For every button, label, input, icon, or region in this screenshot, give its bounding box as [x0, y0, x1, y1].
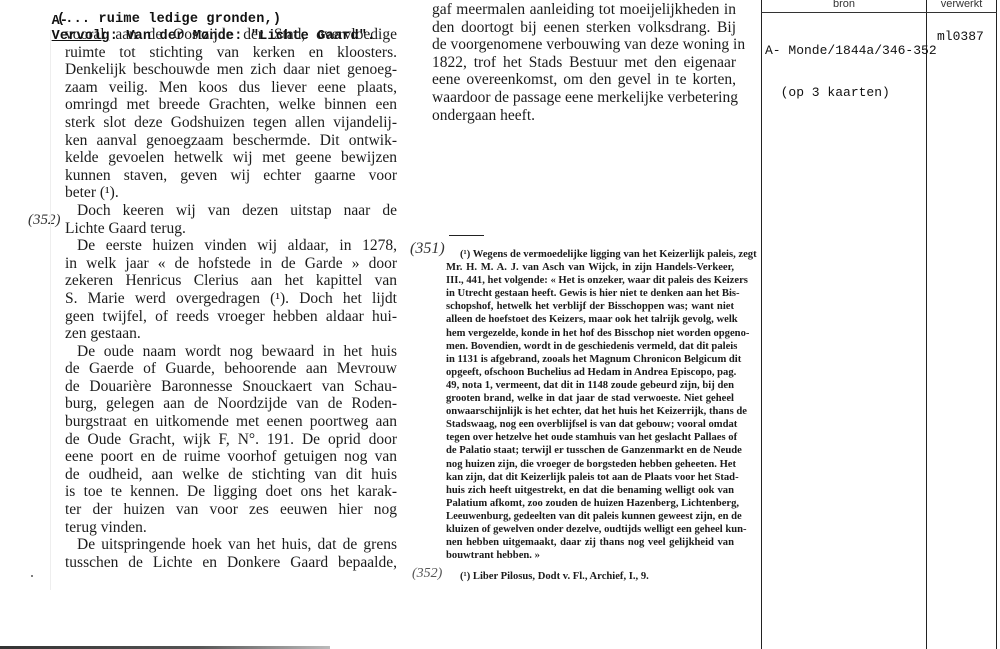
text-line: kunnen staven, geven wij echter gaarne v… — [65, 167, 397, 185]
footnote-line: bouwtrant hebben. » — [446, 549, 734, 562]
cell-bron: A- Monde/1844a/346-352 (op 3 kaarten) — [765, 16, 937, 114]
text-line: zekeren Henricus Clerius aan het kapitte… — [65, 272, 397, 290]
footnote-line: in 1131 is afgebrand, zooals het Magnum … — [446, 353, 734, 366]
column-header-verwerkt: verwerkt — [927, 0, 996, 10]
text-line: in welk jaar « de hofstede in de Garde »… — [65, 255, 397, 273]
footnote-line: opgeeft, ofschoon Buchelius ad Hedam in … — [446, 366, 734, 379]
left-text-column: vooral aan de Oostzijde der Stad, overvl… — [65, 26, 397, 571]
footnote-line: nog huizen zijn, die vroeger de borgsted… — [446, 458, 734, 471]
footnote-separator — [449, 235, 484, 236]
text-line: ken aanval genoegzaam beschermde. Dit on… — [65, 132, 397, 150]
footnote-line: onwaarschijnlijk is het echter, dat het … — [446, 405, 734, 418]
footnote-line: kan zijn, dat dit Keizerlijk paleis tot … — [446, 471, 734, 484]
cell-verwerkt: ml0387 — [937, 30, 984, 44]
footnote-line: schopshof, hetwelk het verblijf der Biss… — [446, 300, 734, 313]
text-line: de Gaerde of Guarde, behoorende aan Mevr… — [65, 360, 397, 378]
footnote-line: Leeuwenburg, gedeelten van dit paleis ku… — [446, 510, 734, 523]
footnote-line: de Palatio staat; terwijl er tusschen de… — [446, 444, 734, 457]
text-line: de Oude Gracht, wijk F, N°. 191. De opri… — [65, 431, 397, 449]
text-line: tusschen de Lichte en Donkere Gaard bepa… — [65, 554, 397, 572]
text-line: den doortogt bij eenen sterken volksdran… — [432, 19, 736, 37]
text-line: zaam veilig. Men koos dus liever eene pl… — [65, 79, 397, 97]
bron-line: A- Monde/1844a/346-352 — [765, 44, 937, 58]
table-header-divider — [761, 12, 997, 13]
footnote-line: Palatium afkomt, zoo zouden de huizen Ha… — [446, 497, 734, 510]
footnote-line: alleen de hoefstoet des Keizers, maar oo… — [446, 313, 734, 326]
footnote-line: Stadswaag, nog een overblijfsel is van d… — [446, 418, 734, 431]
column-header-bron: bron — [762, 0, 926, 10]
footnote-line: nen hebben uitgemaakt, daar zij thans no… — [446, 536, 734, 549]
text-line: ondergaan heeft. — [432, 107, 736, 125]
footnote-line: III., 441, het volgende: « Het is onzeke… — [446, 274, 734, 287]
text-line: sterk slot deze Godshuizen tegen allen v… — [65, 114, 397, 132]
text-line: terug vinden. — [65, 519, 397, 537]
footnote-line: men. Bovendien, wordt in de geschiedenis… — [446, 340, 734, 353]
text-line: beter (¹). — [65, 184, 397, 202]
footnote-line: 49, nota 1, vermeent, dat dit in 1148 zo… — [446, 379, 734, 392]
table-border-right — [996, 0, 997, 649]
footnote-line: (¹) Wegens de vermoedelijke ligging van … — [446, 248, 734, 261]
text-line: vooral aan de Oostzijde der Stad, overvl… — [65, 26, 397, 44]
table-border-left — [761, 0, 762, 649]
text-line: de voorgenomene verbouwing van deze woni… — [432, 36, 736, 54]
footnote-352: (¹) Liber Pilosus, Dodt v. Fl., Archief,… — [446, 570, 734, 583]
text-line: omringd met breede Grachten, welke binne… — [65, 96, 397, 114]
text-line: is toe te kennen. De ligging doet ons he… — [65, 483, 397, 501]
scan-speck — [31, 575, 33, 577]
text-line: geen twijfel, of reeds vroeger hebben al… — [65, 308, 397, 326]
text-line: de oudheid, aan welke de stichting van d… — [65, 466, 397, 484]
text-line: Lichte Gaard terug. — [65, 220, 397, 238]
text-line: burg, gelegen aan de Noordzijde van de R… — [65, 395, 397, 413]
text-line: 1822, trof het Stads Bestuur met den eig… — [432, 54, 736, 72]
footnote-351: (¹) Wegens de vermoedelijke ligging van … — [446, 248, 734, 562]
footnote-line: hem vergezelde, konde in het hof des Bis… — [446, 327, 734, 340]
text-line: gaf meermalen aanleiding tot moeijelijkh… — [432, 1, 736, 19]
footnote-line: (¹) Liber Pilosus, Dodt v. Fl., Archief,… — [446, 570, 734, 583]
text-line: Denkelijk beschouwde men zich daar niet … — [65, 61, 397, 79]
text-line: S. Marie werd overgedragen (¹). Doch het… — [65, 290, 397, 308]
footnote-line: grooten brand, welke in dat jaar de stad… — [446, 392, 734, 405]
margin-note-351: (351) — [410, 240, 445, 258]
text-line: eene poort en de ruime voorhof getuigen … — [65, 448, 397, 466]
margin-note-352: (352) — [28, 212, 61, 229]
footnote-line: huis zich heeft uitgestrekt, en dat die … — [446, 484, 734, 497]
text-line: zen gestaan. — [65, 325, 397, 343]
footnote-line: Mr. H. M. A. J. van Asch van Wijck, in z… — [446, 261, 734, 274]
text-line: ter der huizen van voor zes eeuwen hier … — [65, 501, 397, 519]
text-line: De uitspringende hoek van het huis, dat … — [65, 536, 397, 554]
text-line: burgstraat en uitkomende met eenen poort… — [65, 413, 397, 431]
footnote-line: in Utrecht gestaan heeft. Gewis is hier … — [446, 287, 734, 300]
text-line: ruimte tot stichting van kerken en kloos… — [65, 44, 397, 62]
header-subtitle: (... ruime ledige gronden,) — [57, 12, 281, 27]
text-line: De oude naam wordt nog bewaard in het hu… — [65, 343, 397, 361]
text-line: de Douarière Baronnesse Snouckaert van S… — [65, 378, 397, 396]
footnote-line: tegen over hetzelve het oude stamhuis va… — [446, 431, 734, 444]
text-line: kelde gevoelen hetwelk wij met geene bew… — [65, 149, 397, 167]
margin-note-352-footnote: (352) — [412, 566, 442, 582]
page-gutter — [50, 30, 51, 590]
text-line: waardoor de passage eene merkelijke verb… — [432, 89, 736, 107]
footnote-line: kluizen of gewelven onder dezelve, oudti… — [446, 523, 734, 536]
text-line: De eerste huizen vinden wij aldaar, in 1… — [65, 237, 397, 255]
text-line: eene overeenkomst, om den gevel in te ko… — [432, 71, 736, 89]
middle-text-column: gaf meermalen aanleiding tot moeijelijkh… — [432, 1, 736, 124]
text-line: Doch keeren wij van dezen uitstap naar d… — [65, 202, 397, 220]
bron-line: (op 3 kaarten) — [765, 86, 937, 100]
